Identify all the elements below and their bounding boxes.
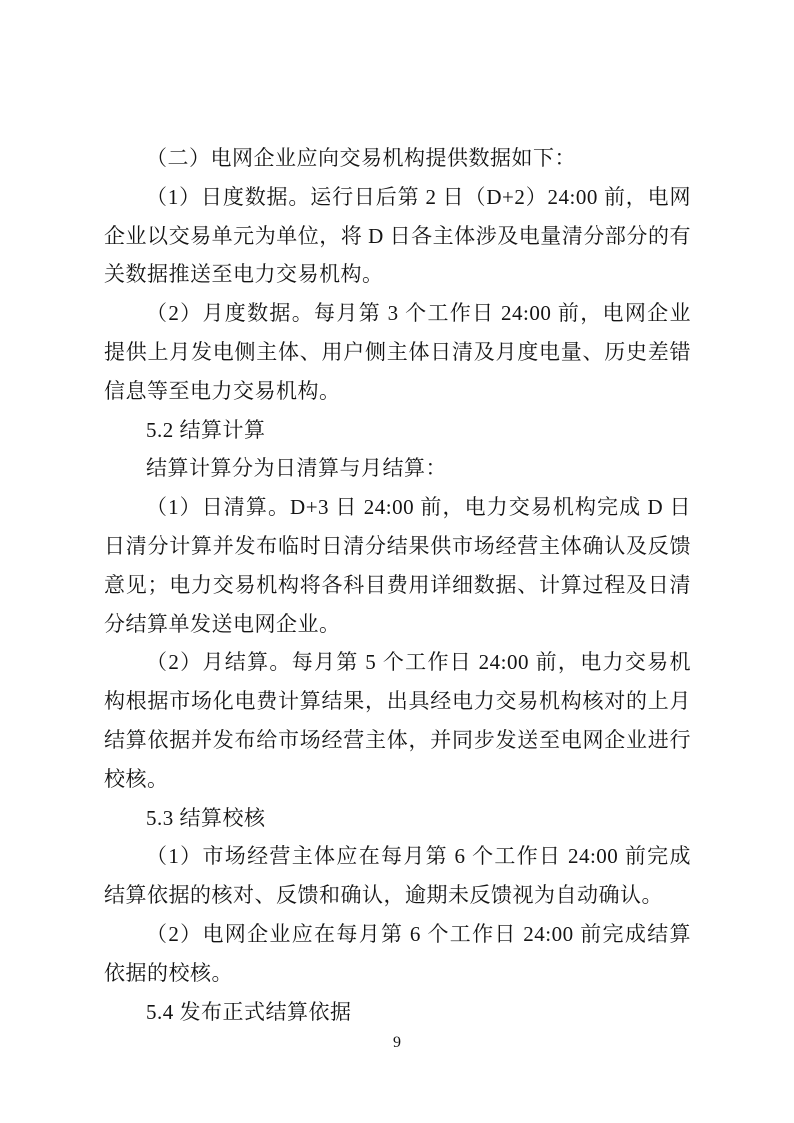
document-page: （二）电网企业应向交易机构提供数据如下： （1）日度数据。运行日后第 2 日（D…	[0, 0, 794, 1123]
paragraph-monthly-data: （2）月度数据。每月第 3 个工作日 24:00 前，电网企业提供上月发电侧主体…	[104, 294, 691, 410]
paragraph-grid-company-data-intro: （二）电网企业应向交易机构提供数据如下：	[104, 139, 691, 178]
paragraph-monthly-settlement: （2）月结算。每月第 5 个工作日 24:00 前，电力交易机构根据市场化电费计…	[104, 643, 691, 798]
heading-5-4-publish-official-settlement-basis: 5.4 发布正式结算依据	[104, 993, 691, 1032]
paragraph-daily-clearing: （1）日清算。D+3 日 24:00 前，电力交易机构完成 D 日日清分计算并发…	[104, 488, 691, 643]
page-content: （二）电网企业应向交易机构提供数据如下： （1）日度数据。运行日后第 2 日（D…	[104, 139, 691, 1031]
heading-5-2-settlement-calculation: 5.2 结算计算	[104, 411, 691, 450]
paragraph-grid-company-check: （2）电网企业应在每月第 6 个工作日 24:00 前完成结算依据的校核。	[104, 915, 691, 993]
paragraph-market-entity-check: （1）市场经营主体应在每月第 6 个工作日 24:00 前完成结算依据的核对、反…	[104, 837, 691, 915]
heading-5-3-settlement-check: 5.3 结算校核	[104, 799, 691, 838]
paragraph-daily-data: （1）日度数据。运行日后第 2 日（D+2）24:00 前，电网企业以交易单元为…	[104, 178, 691, 294]
paragraph-settlement-calculation-intro: 结算计算分为日清算与月结算：	[104, 449, 691, 488]
page-number: 9	[0, 1033, 794, 1053]
